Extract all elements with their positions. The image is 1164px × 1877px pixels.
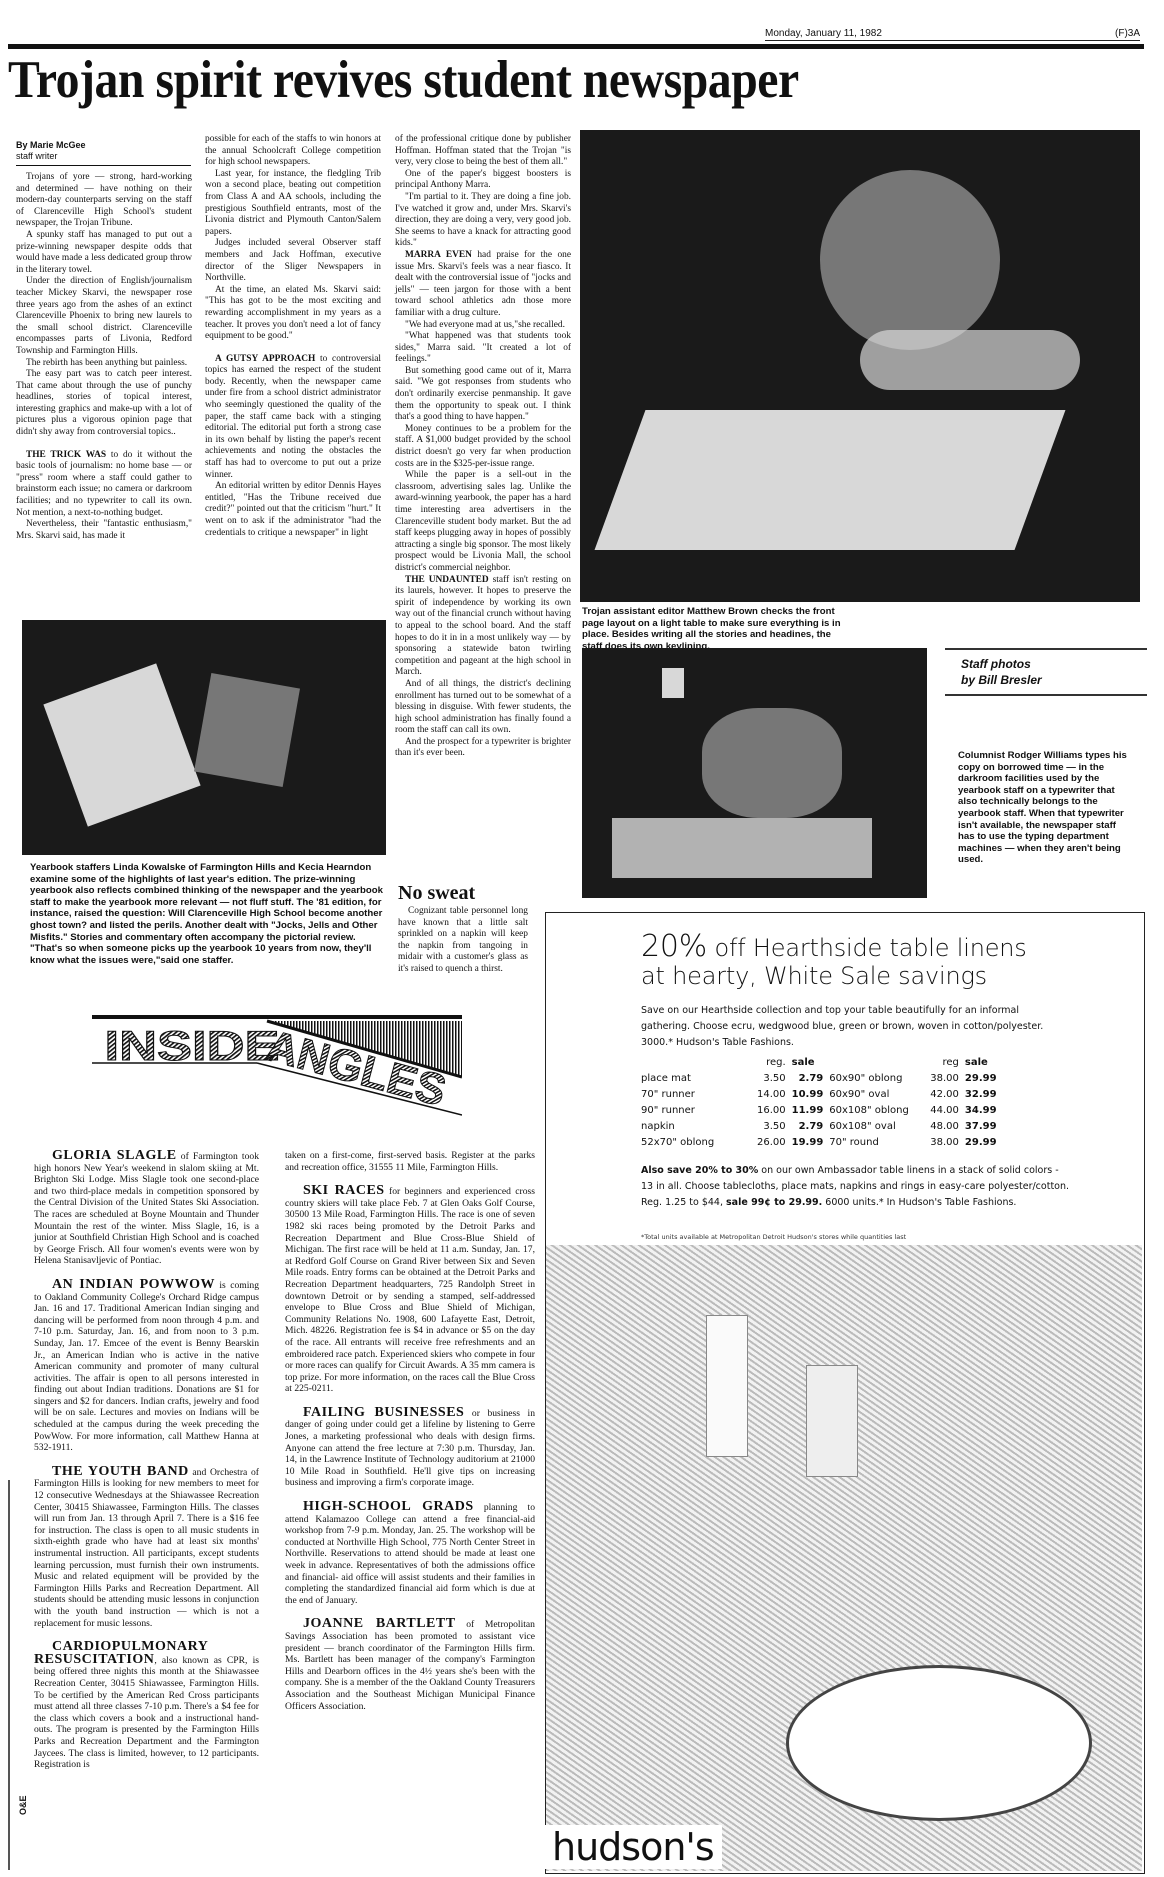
story-column-2: possible for each of the staffs to win h… <box>205 134 381 539</box>
glass-shape <box>806 1365 858 1477</box>
item: napkin <box>638 1119 754 1135</box>
briefs-column-2: taken on a first-come, first-served basi… <box>285 1150 535 1724</box>
brief-text: of Farmington took high honors New Year'… <box>34 1151 259 1266</box>
byline: By Marie McGee staff writer <box>16 140 191 166</box>
paragraph: But something good came out of it, Marra… <box>395 366 571 424</box>
ad-table-row: 90" runner16.0011.99 60x108" oblong44.00… <box>638 1103 1000 1119</box>
paragraph: Under the direction of English/journalis… <box>16 276 192 357</box>
inside-angles-banner: INSIDE ANGLES <box>92 1015 462 1125</box>
issue-date: Monday, January 11, 1982 <box>765 28 882 39</box>
brief-continuation: taken on a first-come, first-served basi… <box>285 1150 535 1173</box>
sale-price: 37.99 <box>962 1119 1000 1135</box>
plate-shape <box>786 1665 1092 1821</box>
ad-table-row: napkin3.502.79 60x108" oval48.0037.99 <box>638 1119 1000 1135</box>
item: 70" round <box>826 1135 927 1151</box>
sale-price: 11.99 <box>789 1103 827 1119</box>
paragraph: Judges included several Observer staff m… <box>205 238 381 284</box>
paragraph-text: staff isn't resting on its laurels, howe… <box>395 575 571 678</box>
brief-indian-powwow: AN INDIAN POWWOW is coming to Oakland Co… <box>34 1279 259 1454</box>
paragraph: THE TRICK WAS to do it without the basic… <box>16 450 192 520</box>
reg-price: 26.00 <box>754 1135 789 1151</box>
item: 60x90" oblong <box>826 1071 927 1087</box>
paragraph: "We had everyone mad at us,"she recalled… <box>395 320 571 332</box>
photo-columnist-typewriter <box>582 648 927 898</box>
subhead-lead: A GUTSY APPROACH <box>215 354 315 364</box>
paragraph: Cognizant table personnel long have know… <box>398 906 528 976</box>
paragraph: While the paper is a sell-out in the cla… <box>395 470 571 574</box>
ad-headline-percent: 20% <box>641 929 707 964</box>
sale-price: 29.99 <box>962 1135 1000 1151</box>
ad-table-header: reg.sale regsale <box>638 1055 1000 1071</box>
brief-kicker: THE YOUTH BAND <box>52 1464 189 1479</box>
story-column-3: of the professional critique done by pub… <box>395 134 571 760</box>
credit-line: by Bill Bresler <box>961 672 1131 688</box>
candle-shape <box>706 1315 748 1457</box>
inside-word: INSIDE <box>105 1023 280 1070</box>
sale-price: 34.99 <box>962 1103 1000 1119</box>
ad-headline-line2: at hearty, White Sale savings <box>641 962 1101 990</box>
ad-headline: 20% off Hearthside table linens at heart… <box>641 933 1101 990</box>
paragraph: An editorial written by editor Dennis Ha… <box>205 481 381 539</box>
dateline: Monday, January 11, 1982 (F)3A <box>765 28 1140 41</box>
brief-text: is coming to Oakland Community College's… <box>34 1280 259 1453</box>
item: 60x108" oblong <box>826 1103 927 1119</box>
brief-ski-races: SKI RACES for beginners and experienced … <box>285 1185 535 1395</box>
hudsons-logo: hudson's <box>544 1825 722 1869</box>
ad-intro: Save on our Hearthside collection and to… <box>641 1003 1061 1051</box>
sale-price: 10.99 <box>789 1087 827 1103</box>
reg-price: 16.00 <box>754 1103 789 1119</box>
brief-failing-businesses: FAILING BUSINESSES or business in danger… <box>285 1407 535 1489</box>
brief-text: , also known as CPR, is being offered th… <box>34 1655 259 1770</box>
paragraph: Last year, for instance, the fledgling T… <box>205 169 381 239</box>
brief-cpr: CARDIOPULMONARY RESUSCITATION, also know… <box>34 1641 259 1771</box>
col-reg: reg <box>927 1055 962 1071</box>
paragraph: The rebirth has been anything but painle… <box>16 358 192 370</box>
reg-price: 48.00 <box>927 1119 962 1135</box>
paragraph: MARRA EVEN had praise for the one issue … <box>395 250 571 320</box>
ad-sale-text: 6000 units.* In Hudson's Table Fashions. <box>822 1197 1016 1208</box>
no-sweat-title: No sweat <box>398 882 475 905</box>
col-sale: sale <box>789 1055 827 1071</box>
paragraph-text: to controversial topics has earned the r… <box>205 354 381 480</box>
ad-footnote: *Total units available at Metropolitan D… <box>641 1233 906 1241</box>
brief-text: and Orchestra of Farmington Hills is loo… <box>34 1467 259 1629</box>
reg-price: 38.00 <box>927 1135 962 1151</box>
paragraph: "I'm partial to it. They are doing a fin… <box>395 192 571 250</box>
photo-caption-editor: Trojan assistant editor Matthew Brown ch… <box>582 606 852 652</box>
paragraph: Nevertheless, their "fantastic enthusias… <box>16 519 192 542</box>
ad-table-row: 70" runner14.0010.99 60x90" oval42.0032.… <box>638 1087 1000 1103</box>
brief-text: planning to attend Kalamazoo College can… <box>285 1502 535 1606</box>
ad-sale-bold: sale 99¢ to 29.99. <box>726 1197 822 1208</box>
photo-credit: Staff photos by Bill Bresler <box>945 648 1147 696</box>
brief-text: for beginners and experienced cross coun… <box>285 1186 535 1394</box>
brief-kicker: HIGH-SCHOOL GRADS <box>303 1499 474 1514</box>
ad-tablecloth-photo: hudson's <box>546 1245 1142 1871</box>
top-rule <box>8 44 1144 49</box>
brief-text: or business in danger of going under cou… <box>285 1408 535 1489</box>
paragraph: And of all things, the district's declin… <box>395 679 571 737</box>
brief-high-school-grads: HIGH-SCHOOL GRADS planning to attend Kal… <box>285 1501 535 1606</box>
paragraph: possible for each of the staffs to win h… <box>205 134 381 169</box>
page-headline: Trojan spirit revives student newspaper <box>8 50 799 110</box>
reg-price: 42.00 <box>927 1087 962 1103</box>
brief-kicker: AN INDIAN POWWOW <box>52 1277 215 1292</box>
brief-kicker: JOANNE BARTLETT <box>303 1616 456 1631</box>
ad-price-table: reg.sale regsale place mat3.502.79 60x90… <box>638 1055 1000 1151</box>
paragraph-text: had praise for the one issue Mrs. Skarvi… <box>395 250 571 318</box>
item: place mat <box>638 1071 754 1087</box>
credit-line: Staff photos <box>961 656 1131 672</box>
col-reg: reg. <box>754 1055 789 1071</box>
brief-youth-band: THE YOUTH BAND and Orchestra of Farmingt… <box>34 1466 259 1629</box>
byline-author: By Marie McGee <box>16 140 191 151</box>
byline-role: staff writer <box>16 151 57 161</box>
paragraph: A spunky staff has managed to put out a … <box>16 230 192 276</box>
brief-joanne-bartlett: JOANNE BARTLETT of Metropolitan Savings … <box>285 1618 535 1712</box>
item: 60x90" oval <box>826 1087 927 1103</box>
sale-price: 29.99 <box>962 1071 1000 1087</box>
sale-price: 32.99 <box>962 1087 1000 1103</box>
sale-price: 2.79 <box>789 1119 827 1135</box>
brief-kicker: GLORIA SLAGLE <box>52 1148 177 1163</box>
subhead-lead: MARRA EVEN <box>405 250 472 260</box>
paragraph: THE UNDAUNTED staff isn't resting on its… <box>395 575 571 679</box>
item: 70" runner <box>638 1087 754 1103</box>
paragraph: The easy part was to catch peer interest… <box>16 369 192 439</box>
reg-price: 44.00 <box>927 1103 962 1119</box>
col-sale: sale <box>962 1055 1000 1071</box>
brief-kicker: SKI RACES <box>303 1183 385 1198</box>
subhead-lead: THE TRICK WAS <box>26 450 106 460</box>
ad-also-bold: Also save 20% to 30% <box>641 1165 758 1176</box>
item: 60x108" oval <box>826 1119 927 1135</box>
reg-price: 3.50 <box>754 1119 789 1135</box>
page-number: (F)3A <box>1115 28 1140 39</box>
story-column-1: Trojans of yore — strong, hard-working a… <box>16 172 192 542</box>
brief-kicker: FAILING BUSINESSES <box>303 1405 464 1420</box>
item: 52x70" oblong <box>638 1135 754 1151</box>
hudsons-ad: 20% off Hearthside table linens at heart… <box>545 912 1145 1874</box>
reg-price: 38.00 <box>927 1071 962 1087</box>
photo-caption-yearbook: Yearbook staffers Linda Kowalske of Farm… <box>30 862 385 966</box>
briefs-column-1: GLORIA SLAGLE of Farmington took high ho… <box>34 1150 259 1783</box>
left-margin-rule <box>8 1480 10 1870</box>
photo-editor-light-table <box>580 130 1140 602</box>
ad-table-row: 52x70" oblong26.0019.99 70" round38.0029… <box>638 1135 1000 1151</box>
reg-price: 3.50 <box>754 1071 789 1087</box>
subhead-lead: THE UNDAUNTED <box>405 575 489 585</box>
paragraph: Money continues to be a problem for the … <box>395 424 571 470</box>
sale-price: 2.79 <box>789 1071 827 1087</box>
photo-yearbook-staffers <box>22 620 386 855</box>
ad-table-row: place mat3.502.79 60x90" oblong38.0029.9… <box>638 1071 1000 1087</box>
brief-text: of Metropolitan Savings Association has … <box>285 1619 535 1711</box>
no-sweat-body: Cognizant table personnel long have know… <box>398 906 528 976</box>
side-label: O&E <box>18 1795 28 1815</box>
ad-also-save: Also save 20% to 30% on our own Ambassad… <box>641 1163 1071 1211</box>
ad-headline-text: off Hearthside table linens <box>707 934 1027 962</box>
inside-angles-graphic: INSIDE ANGLES <box>92 1015 462 1125</box>
brief-gloria-slagle: GLORIA SLAGLE of Farmington took high ho… <box>34 1150 259 1267</box>
paragraph: And the prospect for a typewriter is bri… <box>395 737 571 760</box>
paragraph: A GUTSY APPROACH to controversial topics… <box>205 354 381 482</box>
paragraph: of the professional critique done by pub… <box>395 134 571 169</box>
sale-price: 19.99 <box>789 1135 827 1151</box>
item: 90" runner <box>638 1103 754 1119</box>
photo-caption-columnist: Columnist Rodger Williams types his copy… <box>958 750 1128 866</box>
paragraph: Trojans of yore — strong, hard-working a… <box>16 172 192 230</box>
paragraph: At the time, an elated Ms. Skarvi said: … <box>205 285 381 343</box>
reg-price: 14.00 <box>754 1087 789 1103</box>
paragraph: "What happened was that students took si… <box>395 331 571 366</box>
paragraph: One of the paper's biggest boosters is p… <box>395 169 571 192</box>
